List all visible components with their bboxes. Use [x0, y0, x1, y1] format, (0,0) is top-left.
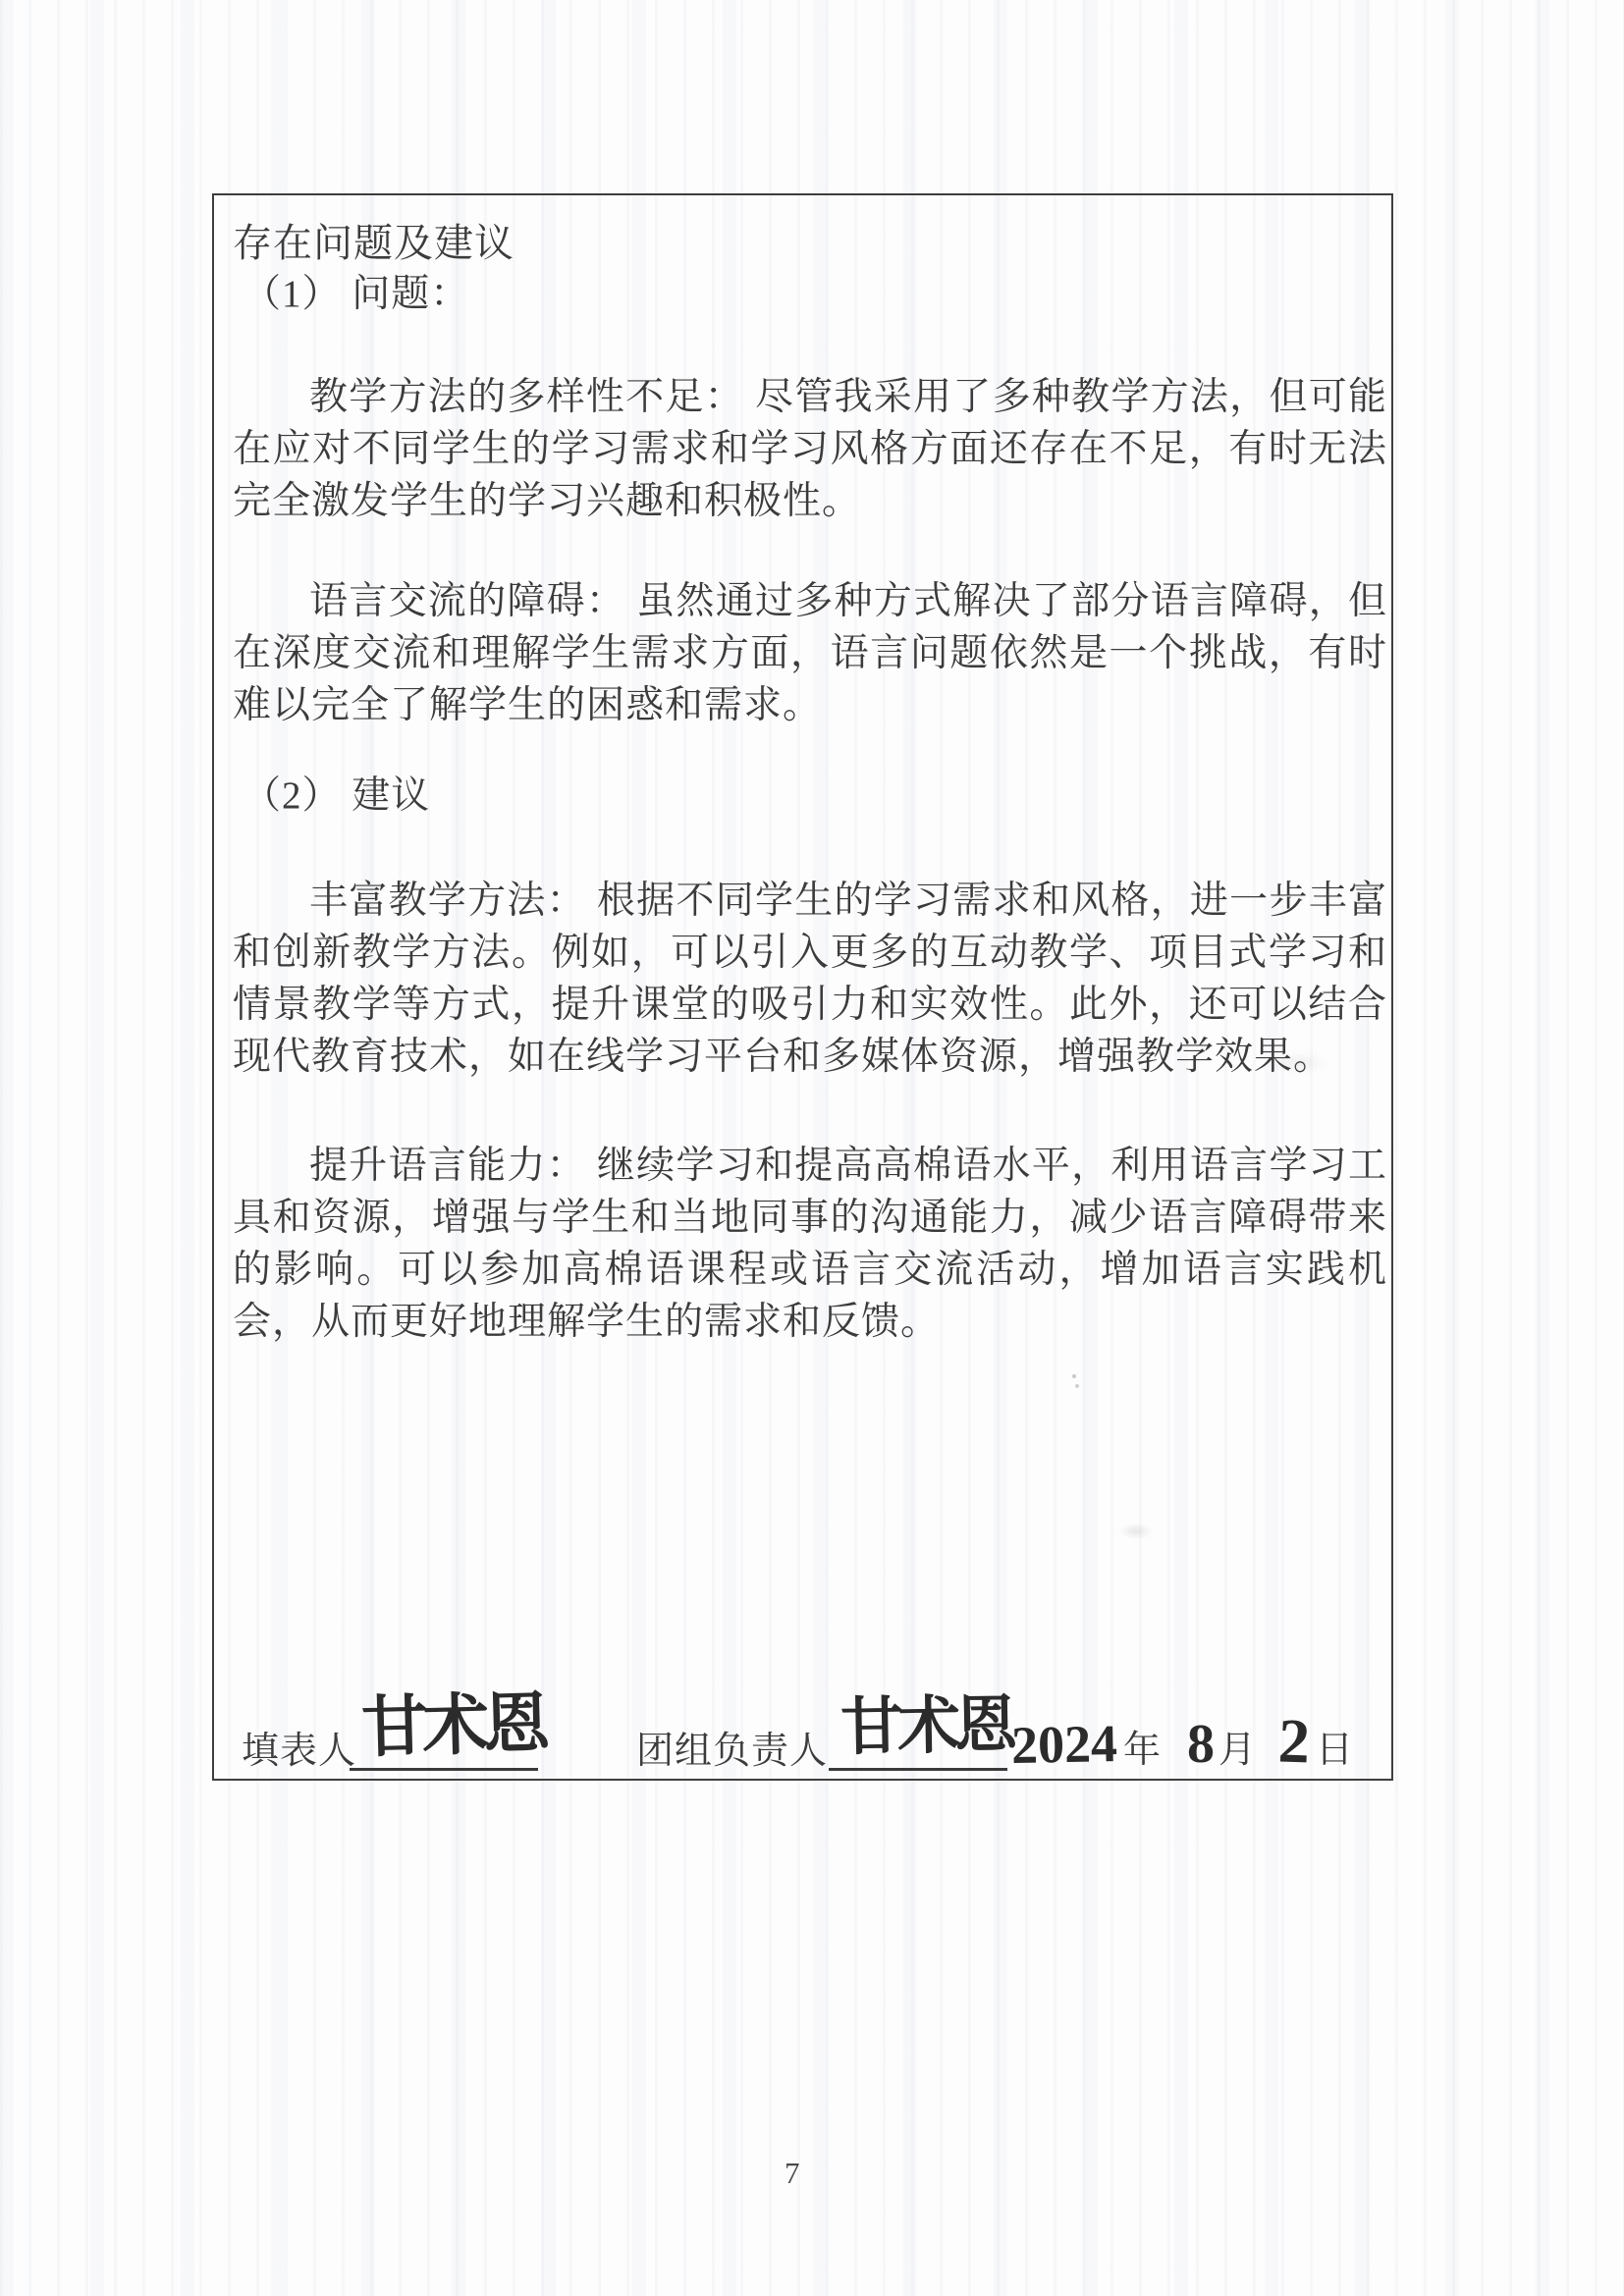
suggestion-paragraph-enrich-methods: 丰富教学方法： 根据不同学生的学习需求和风格，进一步丰富和创新教学方法。例如，可…: [233, 875, 1387, 1083]
problem-paragraph-language-barrier: 语言交流的障碍： 虽然通过多种方式解决了部分语言障碍，但在深度交流和理解学生需求…: [233, 575, 1387, 731]
handwritten-day: 2: [1277, 1704, 1312, 1778]
scanned-page: { "colors": { "ink": "#3b3b3b", "paper":…: [0, 0, 1624, 2296]
group-leader-signature: 甘术恩: [839, 1674, 1012, 1767]
suggestions-heading: （2） 建议: [243, 770, 430, 822]
group-leader-label: 团组负责人: [636, 1720, 828, 1774]
form-filler-label: 填表人: [242, 1720, 356, 1774]
form-filler-signature: 甘术恩: [360, 1671, 545, 1771]
suggestion-paragraph-language-ability: 提升语言能力： 继续学习和提高高棉语水平，利用语言学习工具和资源，增强与学生和当…: [233, 1140, 1387, 1348]
form-border-box: 存在问题及建议 （1） 问题： 教学方法的多样性不足： 尽管我采用了多种教学方法…: [212, 193, 1393, 1781]
day-unit-label: 日: [1316, 1719, 1354, 1773]
handwritten-year: 2024: [1010, 1713, 1117, 1776]
page-number: 7: [785, 2156, 800, 2191]
problems-heading: （1） 问题：: [243, 268, 469, 320]
scan-smudge: [1119, 1523, 1153, 1539]
filler-signature-line: [350, 1768, 538, 1771]
leader-signature-line: [829, 1768, 1007, 1771]
date-row: 2024 年 8 月 2 日: [1011, 1705, 1354, 1778]
scan-speck: [1072, 1374, 1076, 1378]
scan-smudge: [1267, 1052, 1329, 1074]
handwritten-month: 8: [1187, 1713, 1215, 1776]
problem-paragraph-teaching-methods: 教学方法的多样性不足： 尽管我采用了多种教学方法，但可能在应对不同学生的学习需求…: [233, 371, 1387, 527]
month-unit-label: 月: [1218, 1719, 1257, 1773]
year-unit-label: 年: [1123, 1719, 1162, 1773]
section-title: 存在问题及建议: [233, 217, 514, 269]
